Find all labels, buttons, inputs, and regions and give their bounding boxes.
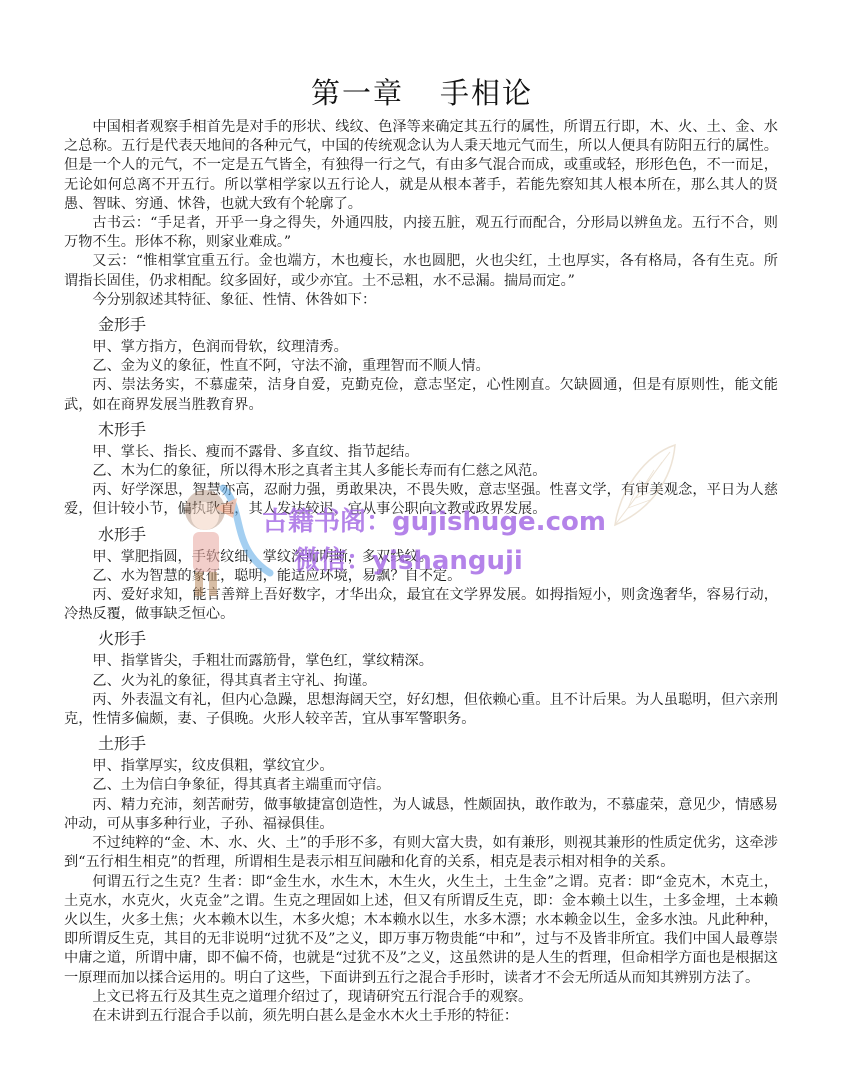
paragraph: 今分别叙述其特征、象征、性情、休咎如下： <box>64 291 778 310</box>
section-item: 甲、掌方指方，色润而骨软，纹理清秀。 <box>64 338 778 357</box>
section-item: 乙、金为义的象征，性直不阿，守法不渝，重理智而不顺人情。 <box>64 357 778 376</box>
section-item: 甲、掌肥指圆，手软纹细，掌纹深而明晰，多双线纹。 <box>64 548 778 567</box>
section-item: 甲、指掌皆尖，手粗壮而露筋骨，掌色红，掌纹精深。 <box>64 652 778 671</box>
section-water-hand: 水形手 甲、掌肥指圆，手软纹细，掌纹深而明晰，多双线纹。 乙、水为智慧的象征，聪… <box>64 524 778 625</box>
section-earth-hand: 土形手 甲、指掌厚实，纹皮俱粗，掌纹宜少。 乙、土为信白争象征，得其真者主端重而… <box>64 733 778 834</box>
paragraph: 上文已将五行及其生克之道理介绍过了，现请研究五行混合手的观察。 <box>64 988 778 1007</box>
document-page: 第一章手相论 中国相者观察手相首先是对手的形状、线纹、色泽等来确定其五行的属性，… <box>0 0 844 1088</box>
paragraph: 何谓五行之生克？生者：即“金生水，水生木，木生火，火生土，土生金”之谓。克者：即… <box>64 873 778 988</box>
section-metal-hand: 金形手 甲、掌方指方，色润而骨软，纹理清秀。 乙、金为义的象征，性直不阿，守法不… <box>64 314 778 415</box>
section-item: 丙、精力充沛，刻苦耐劳，做事敏捷富创造性，为人诚恳，性颇固执，敢作敢为，不慕虚荣… <box>64 796 778 834</box>
paragraph: 中国相者观察手相首先是对手的形状、线纹、色泽等来确定其五行的属性，所谓五行即，木… <box>64 118 778 214</box>
section-heading: 火形手 <box>64 628 778 650</box>
leaf-icon <box>610 440 680 530</box>
chapter-title: 第一章手相论 <box>0 71 844 112</box>
paragraph: 古书云：“手足者，开乎一身之得失，外通四肢，内接五脏，观五行而配合，分形局以辨鱼… <box>64 214 778 252</box>
section-item: 乙、土为信白争象征，得其真者主端重而守信。 <box>64 776 778 795</box>
section-item: 乙、水为智慧的象征，聪明，能适应环境，易飘？自不定。 <box>64 567 778 586</box>
chapter-number: 第一章 <box>311 76 404 110</box>
section-item: 甲、指掌厚实，纹皮俱粗，掌纹宜少。 <box>64 757 778 776</box>
section-heading: 金形手 <box>64 314 778 336</box>
section-item: 丙、外表温文有礼，但内心急躁，思想海阔天空，好幻想，但依赖心重。且不计后果。为人… <box>64 691 778 729</box>
paragraph: 又云：“惟相掌宜重五行。金也端方，木也瘦长，水也圆肥，火也尖红，土也厚实，各有格… <box>64 252 778 290</box>
section-heading: 木形手 <box>64 419 778 441</box>
chapter-body: 中国相者观察手相首先是对手的形状、线纹、色泽等来确定其五行的属性，所谓五行即，木… <box>64 118 778 1026</box>
paragraph: 在未讲到五行混合手以前，须先明白甚么是金水木火土手形的特征： <box>64 1007 778 1026</box>
chapter-name: 手相论 <box>440 76 533 110</box>
section-item: 丙、崇法务实，不慕虚荣，洁身自爱，克勤克俭，意志坚定，心性刚直。欠缺圆通，但是有… <box>64 376 778 414</box>
mascot-icon <box>175 478 275 608</box>
paragraph: 不过纯粹的“金、木、水、火、土”的手形不多，有则大富大贵，如有兼形，则视其兼形的… <box>64 834 778 872</box>
section-item: 乙、火为礼的象征，得其真者主守礼、拘谨。 <box>64 672 778 691</box>
section-heading: 土形手 <box>64 733 778 755</box>
section-fire-hand: 火形手 甲、指掌皆尖，手粗壮而露筋骨，掌色红，掌纹精深。 乙、火为礼的象征，得其… <box>64 628 778 729</box>
section-item: 丙、爱好求知，能言善辩上吾好数字，才华出众，最宜在文学界发展。如拇指短小，则贪逸… <box>64 586 778 624</box>
